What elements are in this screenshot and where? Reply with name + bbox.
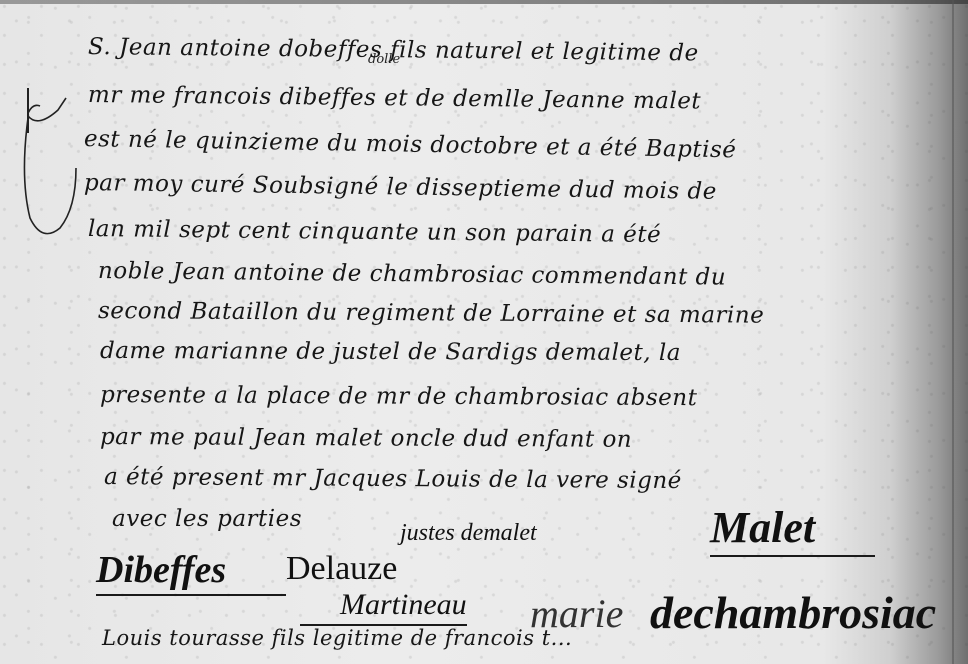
record-line-8: dame marianne de justel de Sardigs demal… [100,338,681,366]
record-line-2: mr me francois dibeffes et de demlle Jea… [88,82,701,114]
record-line-1: S. Jean antoine dobeffes fils naturel et… [88,34,699,66]
page-binding-edge [952,0,954,664]
record-line-4: par moy curé Soubsigné le disseptieme du… [84,170,717,205]
next-entry-line: Louis tourasse fils legitime de francois… [102,626,572,650]
page-top-edge [0,0,968,4]
record-line-11: a été present mr Jacques Louis de la ver… [104,464,682,494]
margin-bracket-icon [18,78,88,248]
record-line-3: est né le quinzieme du mois doctobre et … [84,126,737,163]
record-line-10: par me paul Jean malet oncle dud enfant … [100,424,632,453]
register-page: dolle S. Jean antoine dobeffes fils natu… [0,0,968,664]
signature-dechambrosiac: dechambrosiac [650,586,936,639]
record-line-6: noble Jean antoine de chambrosiac commen… [98,258,726,291]
signature-martineau: Martineau [300,588,467,626]
record-line-5: lan mil sept cent cinquante un son parai… [88,216,661,248]
signature-justes-demalet: justes demalet [400,520,537,547]
signature-dibeffes: Dibeffes [96,548,286,596]
record-line-9: presente a la place de mr de chambrosiac… [100,382,698,411]
record-line-12: avec les parties [112,506,302,532]
record-line-7: second Bataillon du regiment de Lorraine… [98,298,764,329]
signature-malet: Malet [710,502,875,557]
signature-delauze: Delauze [286,550,397,588]
